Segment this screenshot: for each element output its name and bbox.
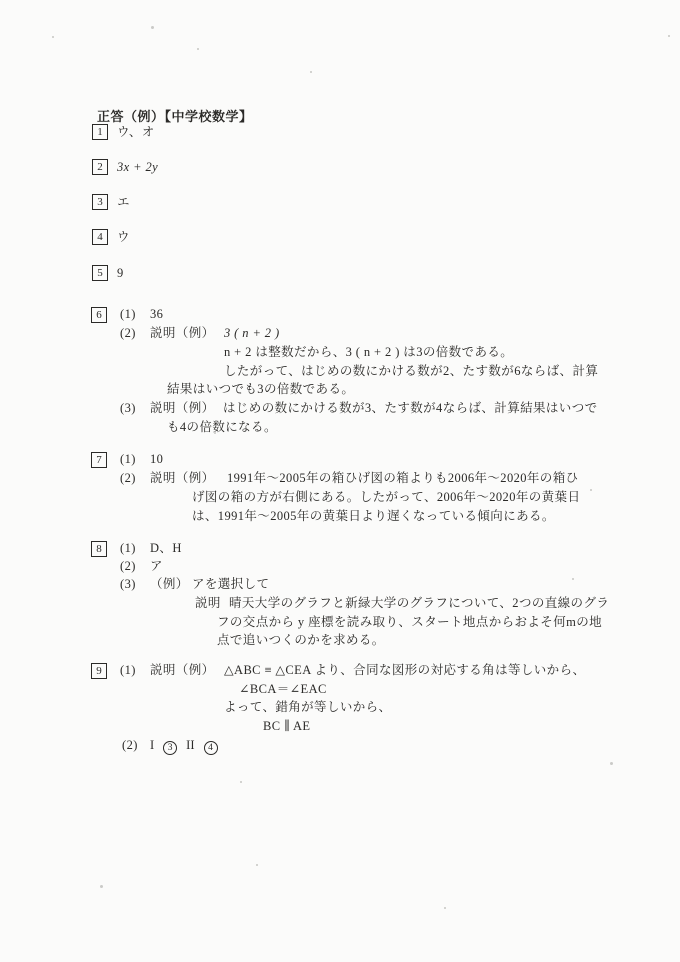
- scan-speckle: [256, 864, 258, 866]
- q9-part2-answer: I3II4: [150, 738, 218, 755]
- q8-part3-explanation-label: 説明: [195, 596, 221, 611]
- q8-part3-line3: フの交点から y 座標を読み取り、スタート地点からおよそ何mの地: [217, 615, 602, 630]
- scan-speckle: [668, 35, 670, 37]
- q6-part2-line4: 結果はいつでも3の倍数である。: [167, 382, 354, 397]
- q8-part3-line4: 点で追いつくのかを求める。: [217, 633, 385, 648]
- question-4-number-box: 4: [92, 229, 108, 245]
- q7-part2-label: (2): [120, 471, 136, 486]
- q8-part2-label: (2): [120, 559, 136, 574]
- q8-part3-line1: アを選択して: [192, 577, 269, 592]
- page-title: 正答（例）【中学校数学】: [97, 106, 253, 125]
- scan-speckle: [610, 762, 613, 765]
- q6-part2-expression: 3 ( n + 2 ): [224, 326, 280, 341]
- question-1-number-box: 1: [92, 124, 108, 140]
- q6-part3-label: (3): [120, 401, 136, 416]
- q8-part2-answer: ア: [150, 559, 163, 574]
- q9-part1-line3: よって、錯角が等しいから、: [224, 700, 391, 715]
- scan-speckle: [52, 36, 54, 38]
- q9-part1-tag: 説明（例）: [150, 663, 215, 678]
- q9-part1-label: (1): [120, 663, 136, 678]
- q6-part2-line2: n + 2 は整数だから、3 ( n + 2 ) は3の倍数である。: [224, 345, 513, 360]
- q9-part1-line2: ∠BCA＝∠EAC: [239, 682, 327, 697]
- q6-part2-line3: したがって、はじめの数にかける数が2、たす数が6ならば、計算: [224, 364, 598, 379]
- q9-circled-answer-1: 3: [163, 741, 177, 755]
- scan-speckle: [100, 885, 103, 888]
- q6-part2-tag: 説明（例）: [150, 326, 215, 341]
- question-5-number-box: 5: [92, 265, 108, 281]
- q6-part3-line2: も4の倍数になる。: [167, 420, 277, 435]
- scan-speckle: [590, 489, 592, 491]
- q9-roman-numeral-1: I: [150, 738, 154, 752]
- q8-part3-line2: 晴天大学のグラフと新緑大学のグラフについて、2つの直線のグラ: [229, 596, 609, 611]
- scan-speckle: [151, 26, 154, 29]
- q8-part1-answer: D、H: [150, 541, 182, 556]
- q7-part2-line3: は、1991年～2005年の黄葉日より遅くなっている傾向にある。: [192, 509, 555, 524]
- q9-part1-line4: BC ∥ AE: [263, 719, 310, 734]
- q7-part2-line2: げ図の箱の方が右側にある。したがって、2006年～2020年の黄葉日: [192, 490, 580, 505]
- question-3-number-box: 3: [92, 194, 108, 210]
- q7-part1-answer: 10: [150, 452, 163, 467]
- q9-roman-numeral-2: II: [186, 738, 194, 752]
- question-8-number-box: 8: [91, 541, 107, 557]
- q6-part1-label: (1): [120, 307, 136, 322]
- question-7-number-box: 7: [91, 452, 107, 468]
- scanned-answer-sheet: 正答（例）【中学校数学】 1 ウ、オ 2 3x + 2y 3 エ 4 ウ 5 9…: [0, 0, 680, 962]
- question-2-answer: 3x + 2y: [117, 160, 158, 175]
- q9-part2-label: (2): [122, 738, 138, 753]
- q6-part2-label: (2): [120, 326, 136, 341]
- question-6-number-box: 6: [91, 307, 107, 323]
- q6-part3-tag: 説明（例）: [150, 401, 215, 416]
- scan-speckle: [310, 71, 312, 73]
- q8-part3-label: (3): [120, 577, 136, 592]
- q7-part1-label: (1): [120, 452, 136, 467]
- q7-part2-tag: 説明（例）: [150, 471, 215, 486]
- q9-circled-answer-2: 4: [204, 741, 218, 755]
- question-3-answer: エ: [117, 195, 130, 210]
- question-2-number-box: 2: [92, 159, 108, 175]
- q6-part1-answer: 36: [150, 307, 163, 322]
- question-4-answer: ウ: [117, 230, 130, 245]
- q8-part1-label: (1): [120, 541, 136, 556]
- scan-speckle: [444, 907, 446, 909]
- scan-speckle: [197, 48, 199, 50]
- q8-part3-tag: （例）: [150, 577, 189, 592]
- scan-speckle: [240, 781, 242, 783]
- question-5-answer: 9: [117, 266, 124, 281]
- scan-speckle: [572, 578, 574, 580]
- question-9-number-box: 9: [91, 663, 107, 679]
- question-1-answer: ウ、オ: [117, 125, 155, 140]
- q9-part1-line1: △ABC ≡ △CEA より、合同な図形の対応する角は等しいから、: [224, 663, 585, 678]
- q7-part2-line1: 1991年～2005年の箱ひげ図の箱よりも2006年～2020年の箱ひ: [227, 471, 579, 486]
- q6-part3-line1: はじめの数にかける数が3、たす数が4ならば、計算結果はいつで: [223, 401, 598, 416]
